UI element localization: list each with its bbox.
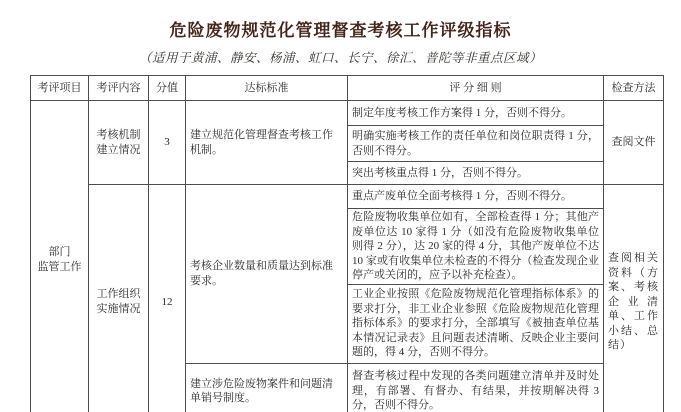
- header-cell-content: 考评内容: [89, 76, 149, 101]
- header-cell-project: 考评项目: [31, 76, 89, 101]
- content-cell-organization: 工作组织 实施情况: [89, 185, 149, 412]
- header-cell-standard: 达标标准: [186, 76, 348, 101]
- page-title: 危险废物规范化管理督查考核工作评级指标: [0, 16, 681, 41]
- method-cell-documents: 查阅文件: [604, 101, 664, 185]
- header-cell-check-method: 检查方法: [604, 76, 664, 101]
- scoring-rule-cell: 重点产废单位全面考核得 1 分，否则不得分。: [348, 185, 604, 209]
- table-row: 部门 监管工作 考核机制 建立情况 3 建立规范化管理督查考核工作机制。 制定年…: [31, 101, 664, 126]
- scoring-rule-cell: 督查考核过程中发现的各类问题建立清单并及时处理，有部署、有督办、有结果，并按期解…: [348, 363, 604, 412]
- standard-cell-case-list: 建立涉危险废物案件和问题清单销号制度。: [186, 363, 348, 412]
- score-cell-mechanism: 3: [149, 101, 186, 185]
- header-cell-scoring-rules: 评 分 细 则: [348, 76, 604, 101]
- score-cell-organization: 12: [149, 185, 186, 412]
- method-cell-materials: 查阅相关资料（方案、考核企业清单、工作小结、总结）: [604, 185, 664, 412]
- assessment-table: 考评项目 考评内容 分值 达标标准 评 分 细 则 检查方法 部门 监管工作 考…: [30, 75, 664, 412]
- scoring-rule-cell: 突出考核重点得 1 分，否则不得分。: [348, 162, 604, 185]
- category-cell: 部门 监管工作: [31, 101, 89, 412]
- header-cell-score: 分值: [149, 76, 186, 101]
- standard-cell-quantity-quality: 考核企业数量和质量达到标准要求。: [186, 185, 348, 364]
- scoring-rule-cell: 明确实施考核工作的责任单位和岗位职责得 1 分，否则不得分。: [348, 126, 604, 162]
- table-header-row: 考评项目 考评内容 分值 达标标准 评 分 细 则 检查方法: [31, 76, 664, 101]
- table-row: 工作组织 实施情况 12 考核企业数量和质量达到标准要求。 重点产废单位全面考核…: [31, 185, 664, 209]
- scoring-rule-cell: 制定年度考核工作方案得 1 分，否则不得分。: [348, 101, 604, 126]
- scoring-rule-cell: 危险废物收集单位如有，全部检查得 1 分；其他产废单位达 10 家得 1 分（如…: [348, 209, 604, 285]
- standard-cell-mechanism: 建立规范化管理督查考核工作机制。: [186, 101, 348, 185]
- page-subtitle: （适用于黄浦、静安、杨浦、虹口、长宁、徐汇、普陀等非重点区域）: [0, 48, 681, 66]
- scoring-rule-cell: 工业企业按照《危险废物规范化管理指标体系》的要求打分，非工业企业参照《危险废物规…: [348, 284, 604, 363]
- content-cell-mechanism: 考核机制 建立情况: [89, 101, 149, 185]
